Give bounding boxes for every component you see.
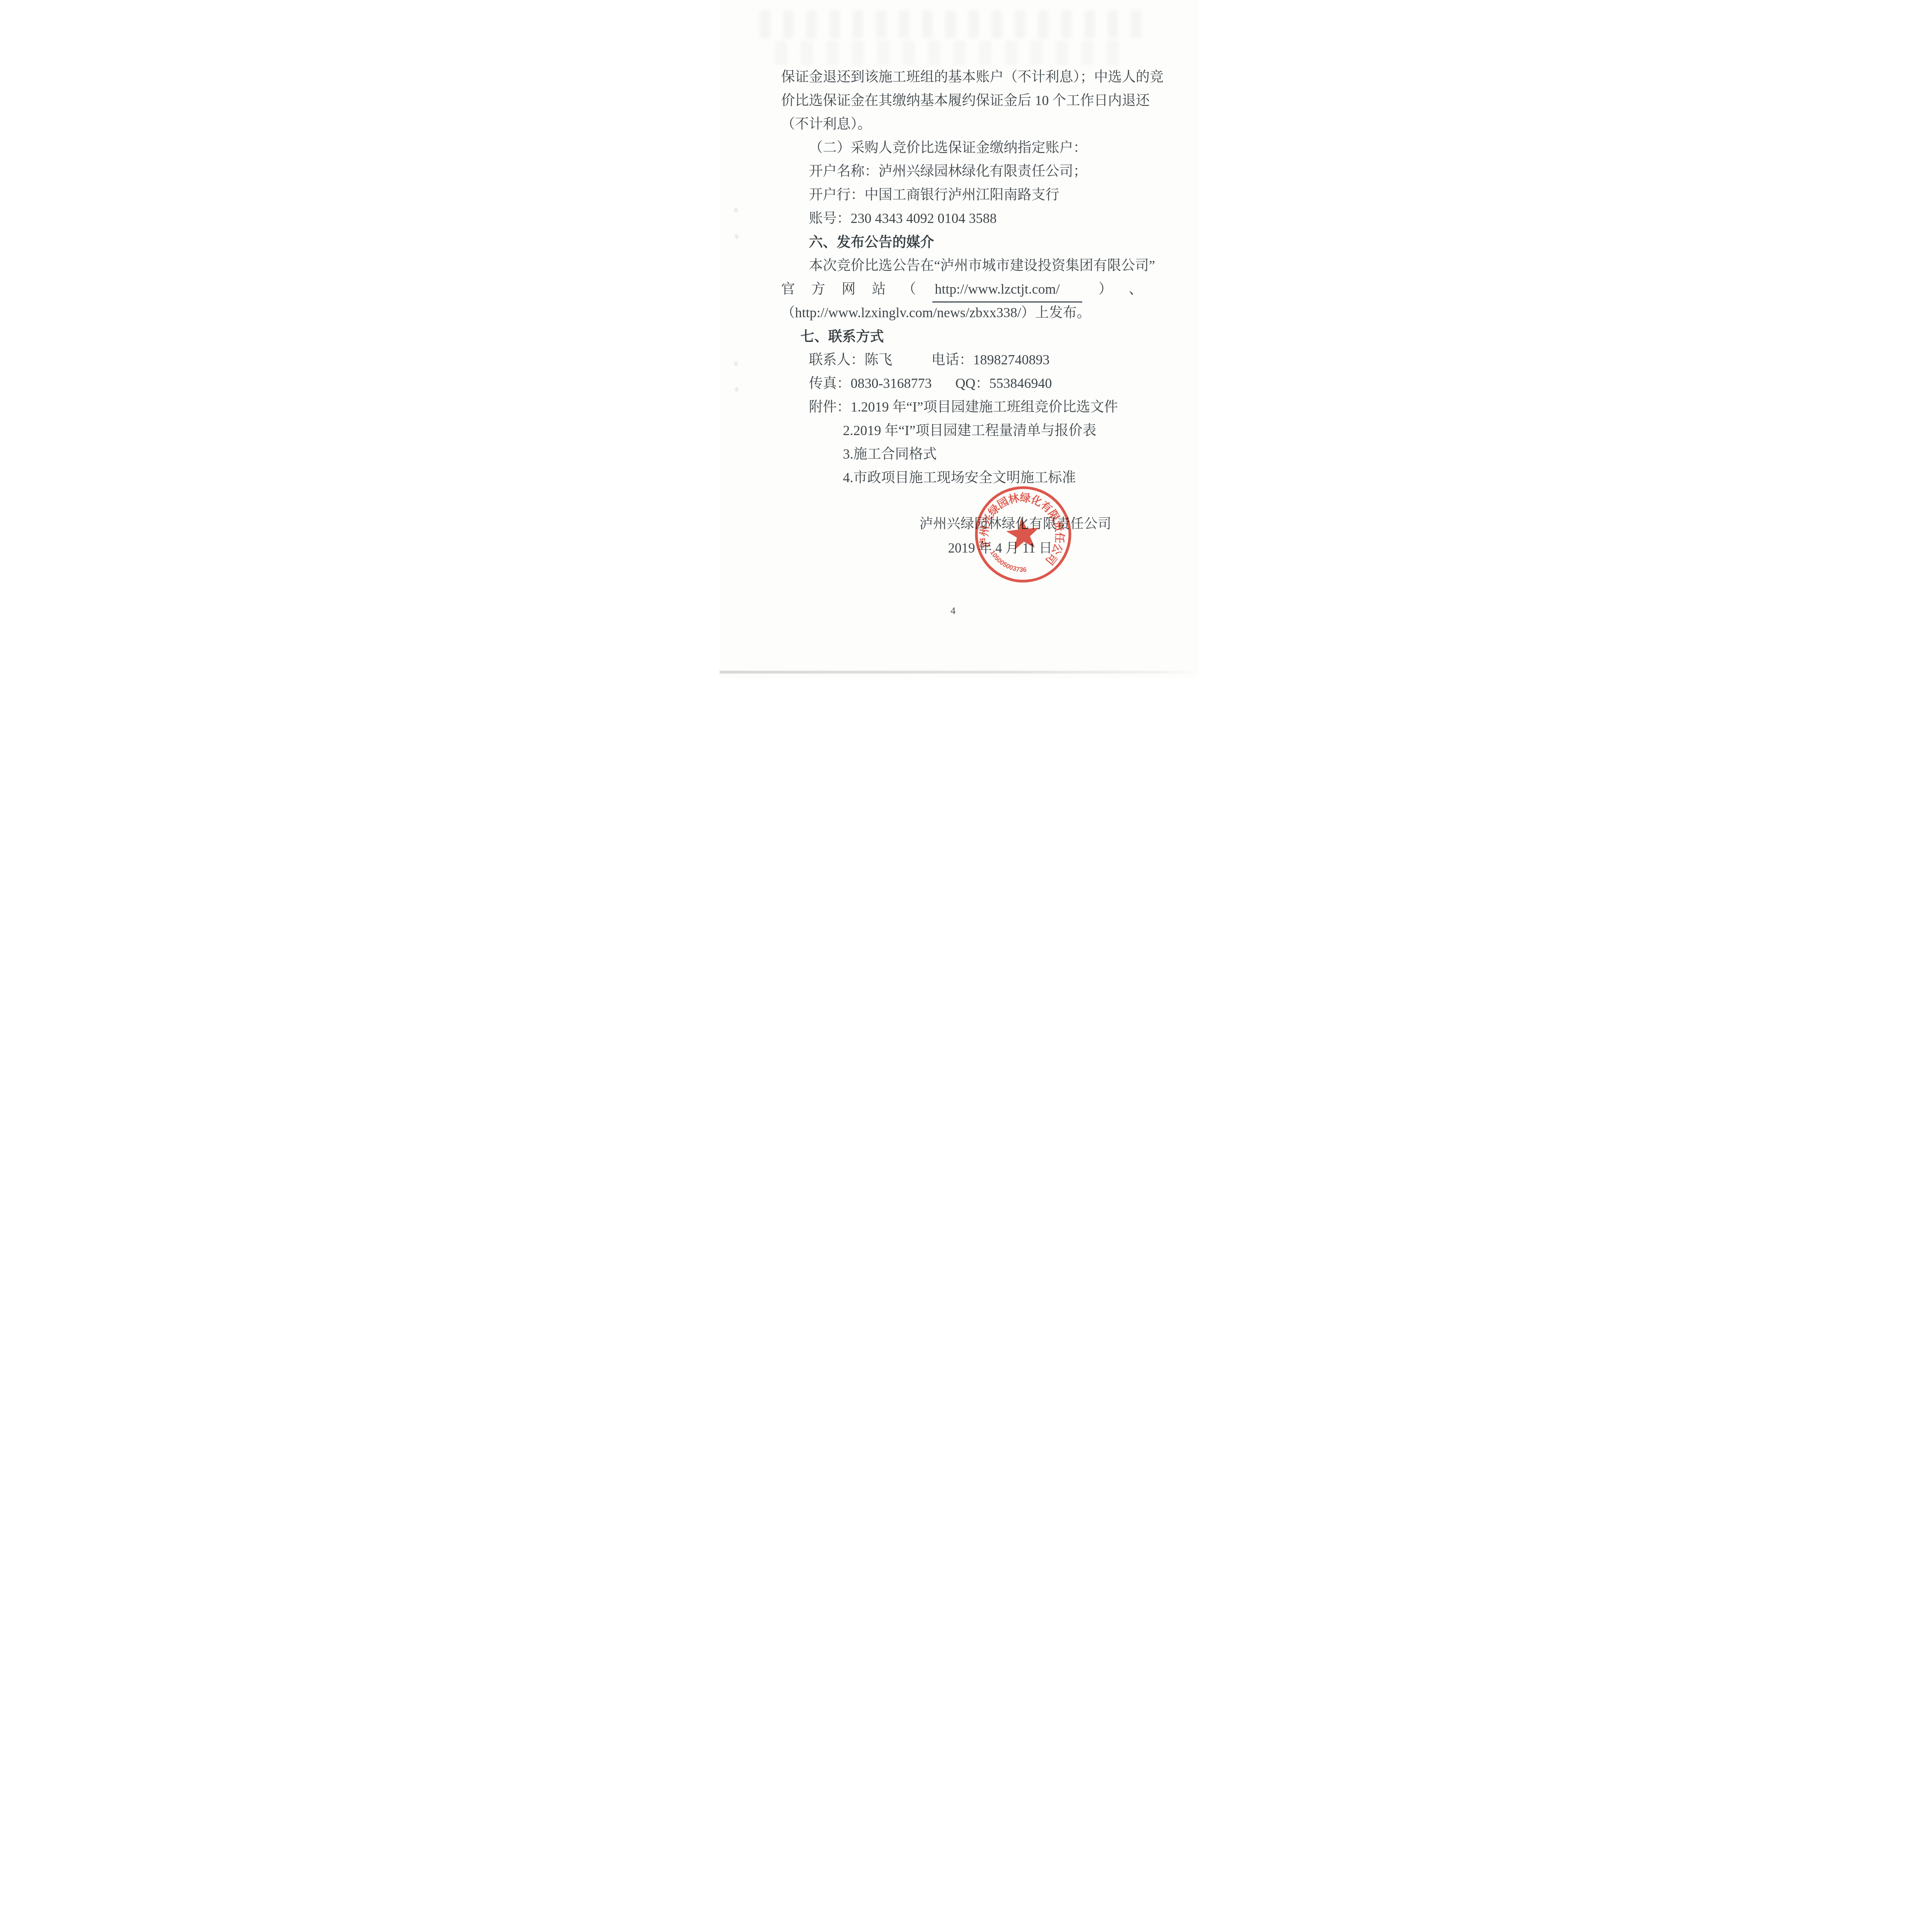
company-seal: 泸州兴绿园林绿化有限责任公司 105005003736	[968, 479, 1078, 590]
contact-phone-label: 电话：	[932, 352, 973, 367]
website-word-char: 站	[872, 277, 886, 301]
contact-fax-label: 传真：	[809, 376, 851, 391]
scan-smudge	[735, 234, 738, 239]
website-word-char: 网	[842, 277, 855, 301]
contact-qq: QQ：553846940	[956, 372, 1052, 395]
section6-heading: 六、发布公告的媒介	[781, 230, 1143, 254]
section6-line3: （http://www.lzxinglv.com/news/zbxx338/）上…	[781, 301, 1143, 325]
section6-line1: 本次竞价比选公告在“泸州市城市建设投资集团有限公司”	[781, 254, 1143, 277]
account-number-line: 账号：230 4343 4092 0104 3588	[781, 207, 1143, 230]
paragraph-line: （不计利息）。	[781, 112, 1143, 136]
contact-fax-value: 0830-3168773	[851, 376, 932, 391]
attachment-item-3: 3.施工合同格式	[781, 442, 1143, 466]
bleed-through-artifact	[760, 8, 1154, 68]
account-name-line: 开户名称：泸州兴绿园林绿化有限责任公司；	[781, 160, 1143, 183]
contact-fax-line: 传真：0830-3168773 QQ：553846940	[781, 372, 1143, 395]
attachment-item-2: 2.2019 年“I”项目园建工程量清单与报价表	[781, 419, 1143, 442]
website-word-char: 官	[781, 277, 795, 301]
attachment-item-4: 4.市政项目施工现场安全文明施工标准	[781, 466, 1143, 490]
website-url: http://www.lzctjt.com/	[932, 277, 1082, 303]
account-bank-line: 开户行：中国工商银行泸州江阳南路支行	[781, 183, 1143, 207]
attachments-line: 附件：1.2019 年“I”项目园建施工班组竞价比选文件	[781, 395, 1143, 419]
bleed-through-row	[760, 11, 1154, 38]
contact-person-value: 陈飞	[865, 352, 893, 367]
contact-person-label: 联系人：	[809, 352, 865, 367]
contact-qq-label: QQ：	[956, 376, 990, 391]
contact-phone-value: 18982740893	[973, 352, 1050, 367]
contact-qq-value: 553846940	[990, 376, 1052, 391]
official-website-line: 官 方 网 站 （ http://www.lzctjt.com/ ） 、	[781, 277, 1143, 301]
paragraph-line: 价比选保证金在其缴纳基本履约保证金后 10 个工作日内退还	[781, 89, 1143, 112]
attachment-item-1: 1.2019 年“I”项目园建施工班组竞价比选文件	[851, 399, 1118, 415]
open-paren: （	[902, 277, 916, 301]
scan-smudge	[735, 387, 738, 392]
scan-edge-shadow	[719, 671, 1199, 673]
seal-star	[1005, 516, 1041, 551]
section7-heading: 七、联系方式	[781, 325, 1143, 348]
paragraph-line: 保证金退还到该施工班组的基本账户（不计利息）；中选人的竞	[781, 65, 1143, 89]
account-section-heading: （二）采购人竞价比选保证金缴纳指定账户：	[781, 136, 1143, 160]
document-body: 保证金退还到该施工班组的基本账户（不计利息）；中选人的竞 价比选保证金在其缴纳基…	[781, 65, 1143, 490]
bleed-through-row	[775, 41, 1122, 65]
attachments-label: 附件：	[809, 399, 851, 415]
document-page: 保证金退还到该施工班组的基本账户（不计利息）；中选人的竞 价比选保证金在其缴纳基…	[719, 0, 1199, 678]
scan-smudge	[734, 208, 738, 213]
close-paren: ）	[1098, 277, 1112, 301]
scan-smudge	[734, 361, 738, 366]
enumeration-comma: 、	[1129, 277, 1143, 301]
contact-phone: 电话：18982740893	[932, 348, 1050, 372]
page-number: 4	[719, 605, 1187, 617]
website-word-char: 方	[811, 277, 825, 301]
contact-person-line: 联系人：陈飞 电话：18982740893	[781, 348, 1143, 372]
